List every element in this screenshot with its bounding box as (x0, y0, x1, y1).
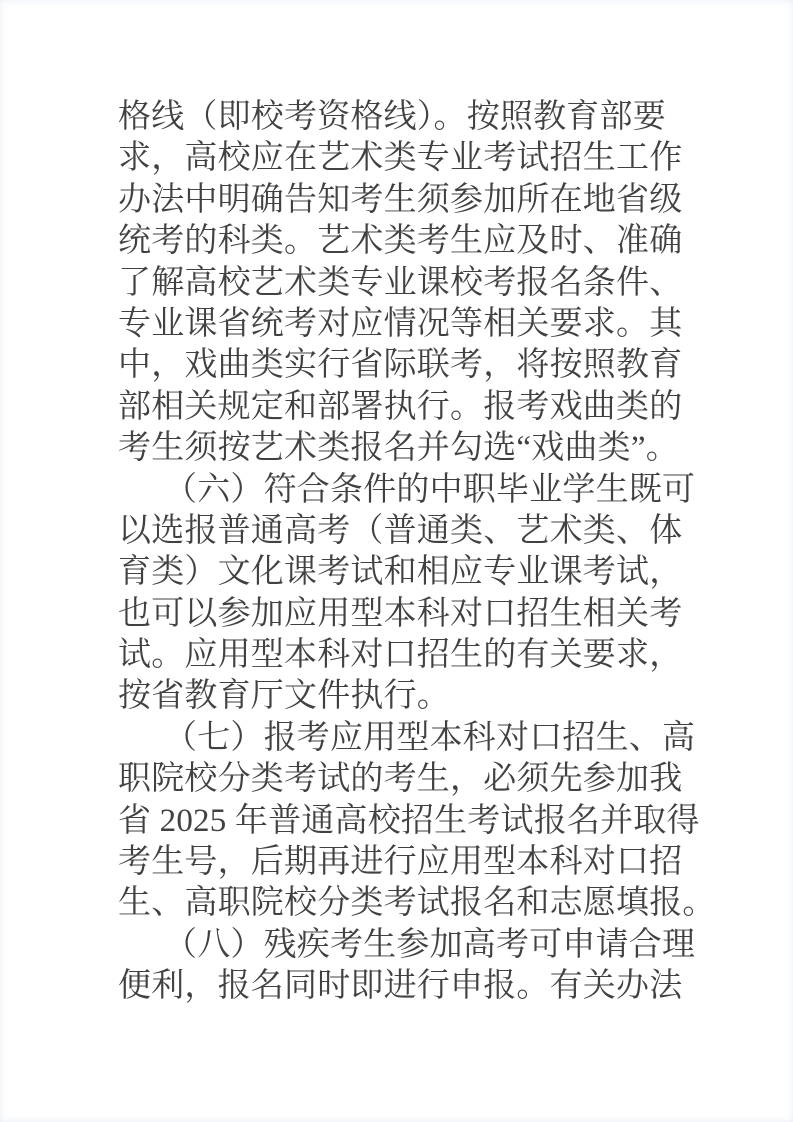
text-line: 按省教育厅文件执行。 (118, 676, 684, 717)
text-line: 育类）文化课考试和相应专业课考试， (118, 552, 684, 593)
text-line: 中，戏曲类实行省际联考，将按照教育 (118, 345, 684, 386)
text-line: 以选报普通高考（普通类、艺术类、体 (118, 511, 684, 552)
text-line: 试。应用型本科对口招生的有关要求， (118, 635, 684, 676)
document-text: 格线（即校考资格线）。按照教育部要 求，高校应在艺术类专业考试招生工作 办法中明… (118, 97, 684, 1008)
text-line: 也可以参加应用型本科对口招生相关考 (118, 594, 684, 635)
text-line: 省 2025 年普通高校招生考试报名并取得 (118, 801, 684, 842)
paragraph: （七）报考应用型本科对口招生、高 职院校分类考试的考生，必须先参加我 省 202… (118, 718, 684, 925)
text-line: （六）符合条件的中职毕业学生既可 (118, 470, 684, 511)
text-line: 格线（即校考资格线）。按照教育部要 (118, 97, 684, 138)
text-line: 便利，报名同时即进行申报。有关办法 (118, 966, 684, 1007)
text-line: 职院校分类考试的考生，必须先参加我 (118, 759, 684, 800)
text-line: 了解高校艺术类专业课校考报名条件、 (118, 263, 684, 304)
text-line: 求，高校应在艺术类专业考试招生工作 (118, 138, 684, 179)
paragraph: （八）残疾考生参加高考可申请合理 便利，报名同时即进行申报。有关办法 (118, 925, 684, 1008)
text-line: 考生须按艺术类报名并勾选“戏曲类”。 (118, 428, 684, 469)
document-page: 格线（即校考资格线）。按照教育部要 求，高校应在艺术类专业考试招生工作 办法中明… (0, 0, 793, 1122)
paragraph: （六）符合条件的中职毕业学生既可 以选报普通高考（普通类、艺术类、体 育类）文化… (118, 470, 684, 718)
text-line: 生、高职院校分类考试报名和志愿填报。 (118, 883, 684, 924)
text-line: 考生号，后期再进行应用型本科对口招 (118, 842, 684, 883)
text-line: 统考的科类。艺术类考生应及时、准确 (118, 221, 684, 262)
paragraph: 格线（即校考资格线）。按照教育部要 求，高校应在艺术类专业考试招生工作 办法中明… (118, 97, 684, 470)
text-line: 部相关规定和部署执行。报考戏曲类的 (118, 387, 684, 428)
text-line: 办法中明确告知考生须参加所在地省级 (118, 180, 684, 221)
text-line: （七）报考应用型本科对口招生、高 (118, 718, 684, 759)
text-line: 专业课省统考对应情况等相关要求。其 (118, 304, 684, 345)
text-line: （八）残疾考生参加高考可申请合理 (118, 925, 684, 966)
